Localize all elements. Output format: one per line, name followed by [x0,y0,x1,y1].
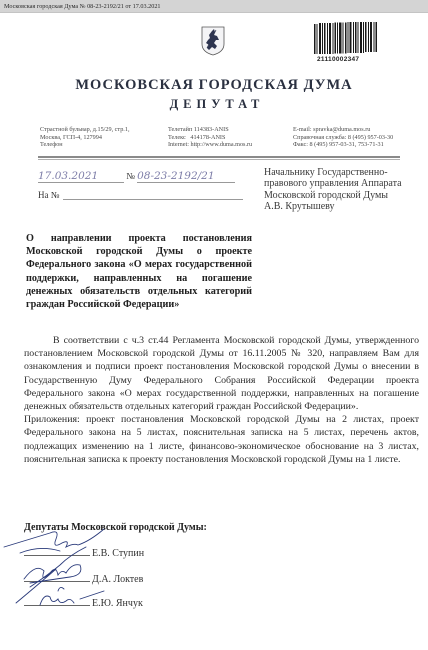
address-line: Страстной бульвар, д.15/29, стр.1, [40,126,130,134]
fax-line: Факс: 8 (495) 957-03-31, 753-71-31 [293,141,393,149]
reply-number-blank [63,191,243,200]
letter-body: В соответствии с ч.3 ст.44 Регламента Мо… [24,334,419,466]
barcode-number: 21110002347 [317,56,359,63]
letter-subject: О направлении проекта постановления Моск… [26,232,252,311]
internet-line: Internet: http://www.duma.mos.ru [168,141,252,149]
body-paragraph: В соответствии с ч.3 ст.44 Регламента Мо… [24,334,419,413]
telex-line: Телекс 414178-ANIS [168,134,252,142]
signer-3: Е.Ю. Янчук [24,598,143,609]
letterhead-divider-thin [38,159,400,160]
reply-label: На № [38,190,59,200]
addressee-line: Начальнику Государственно- [264,167,402,178]
moscow-coat-of-arms-icon [201,26,225,56]
barcode-icon [314,22,378,54]
addressee-name: А.В. Крутышеву [264,201,402,212]
addressee-block: Начальнику Государственно- правового упр… [264,167,402,213]
info-service-line: Справочная служба: 8 (495) 957-03-30 [293,134,393,142]
document-header-bar: Московская городская Дума № 08-23-2192/2… [0,0,428,13]
signer-name: Д.А. Локтев [92,574,143,585]
org-name: МОСКОВСКАЯ ГОРОДСКАЯ ДУМА [0,77,428,94]
letterhead-divider [38,156,400,158]
outgoing-registration: 17.03.2021 № 08-23-2192/21 [38,170,235,183]
addressee-line: правового управления Аппарата [264,178,402,189]
registration-number: 08-23-2192/21 [137,170,235,183]
signature-line [24,555,90,556]
contact-service: E-mail: spravka@duma.mos.ru Справочная с… [293,126,393,149]
reply-reference: На № [38,190,243,200]
org-subtitle: ДЕПУТАТ [0,97,428,112]
signature-line [24,581,90,582]
signer-name: Е.В. Ступин [92,548,144,559]
contact-telecom: Телетайп 114383-ANIS Телекс 414178-ANIS … [168,126,252,149]
attachments-paragraph: Приложения: проект постановления Московс… [24,413,419,466]
registration-date: 17.03.2021 [38,170,124,183]
signer-1: Е.В. Ступин [24,548,144,559]
teletype-line: Телетайп 114383-ANIS [168,126,252,134]
contact-address: Страстной бульвар, д.15/29, стр.1, Москв… [40,126,130,149]
document-header-text: Московская городская Дума № 08-23-2192/2… [4,3,161,10]
signer-2: Д.А. Локтев [24,574,143,585]
addressee-line: Московской городской Думы [264,190,402,201]
signatures-title: Депутаты Московской городской Думы: [24,522,207,533]
address-line: Москва, ГСП-4, 127994 [40,134,130,142]
signer-name: Е.Ю. Янчук [92,598,143,609]
signature-line [24,605,90,606]
address-line: Телефон [40,141,130,149]
email-line: E-mail: spravka@duma.mos.ru [293,126,393,134]
number-label: № [126,171,135,181]
